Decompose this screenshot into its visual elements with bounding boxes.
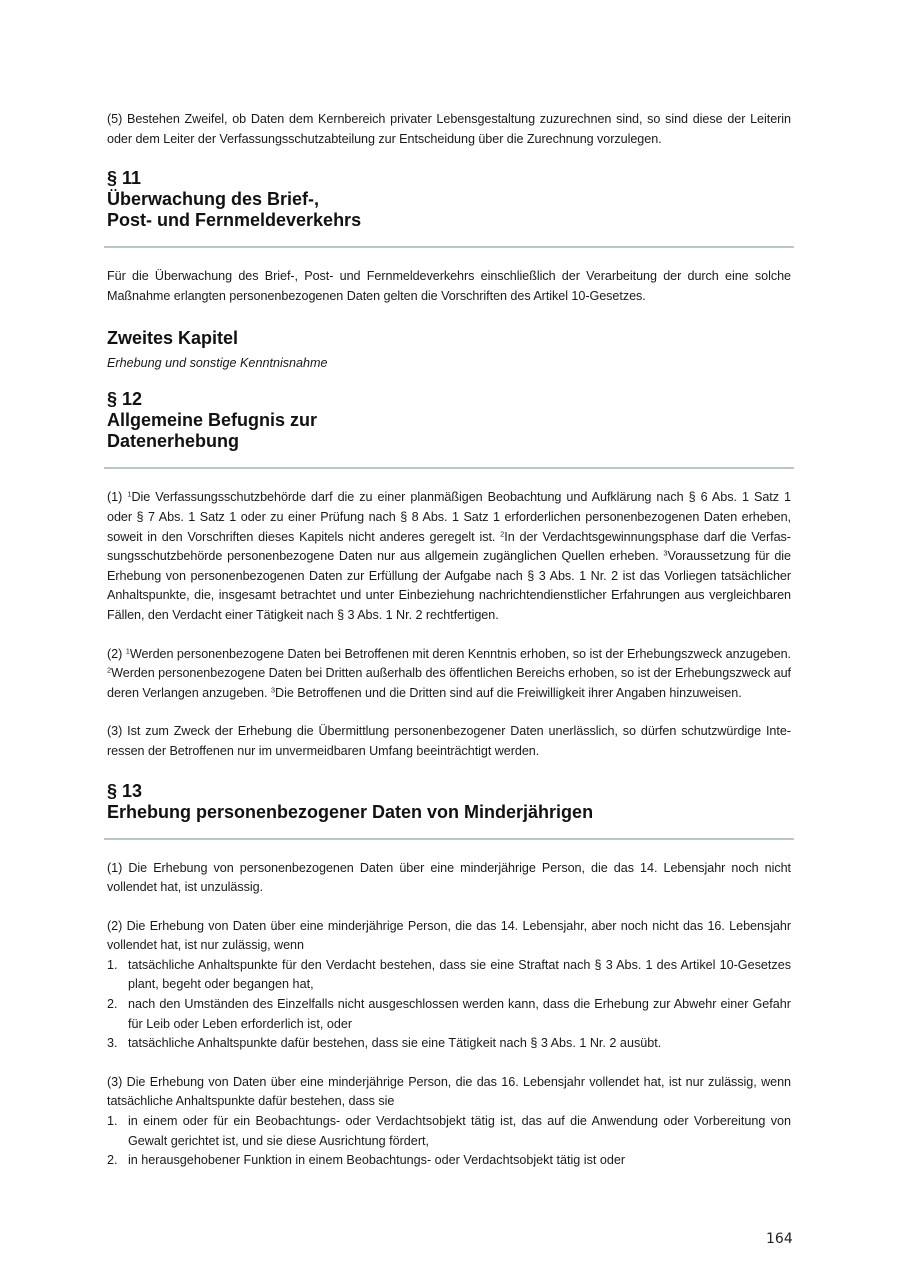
list-item: 2.in herausgehobener Funktion in einem B… [107, 1151, 791, 1171]
section-divider [104, 246, 794, 248]
para-13-1: (1) Die Erhebung von personenbezogenen D… [107, 859, 791, 898]
para-13-2: (2) Die Erhebung von Daten über eine min… [107, 917, 791, 956]
chapter-subtitle: Erhebung und sonstige Kenntnisnahme [107, 354, 791, 372]
section-heading: § 12Allgemeine Befugnis zurDatenerhebung [107, 389, 791, 452]
chapter-2-heading: Zweites KapitelErhebung und sonstige Ken… [107, 327, 791, 372]
section-divider [104, 467, 794, 469]
text-run: Für die Überwachung des Brief-, Post- un… [107, 269, 791, 303]
para-13-3: (3) Die Erhebung von Daten über eine min… [107, 1073, 791, 1112]
text-run: (2) Die Erhebung von Daten über eine min… [107, 919, 791, 953]
para-12-2: (2) 1Werden personenbezogene Daten bei B… [107, 645, 791, 704]
para-12-3: (3) Ist zum Zweck der Erhebung die Überm… [107, 722, 791, 761]
list-item: 2.nach den Umständen des Einzelfalls nic… [107, 995, 791, 1034]
list-number: 1. [107, 956, 118, 976]
text-run: (1) Die Erhebung von personenbezogenen D… [107, 861, 791, 895]
list-item-text: in einem oder für ein Beobachtungs- oder… [128, 1114, 791, 1148]
page-number: 164 [766, 1231, 793, 1247]
section-title-line: Post- und Fernmeldeverkehrs [107, 210, 791, 231]
list-item: 1.in einem oder für ein Beobachtungs- od… [107, 1112, 791, 1151]
list-item-text: tatsächliche Anhaltspunkte dafür bestehe… [128, 1036, 661, 1050]
document-page: (5) Bestehen Zweifel, ob Daten dem Kernb… [107, 110, 791, 1171]
section-title-line: Überwachung des Brief-, [107, 189, 791, 210]
list-number: 2. [107, 1151, 118, 1171]
list-number: 2. [107, 995, 118, 1015]
section-12-heading: § 12Allgemeine Befugnis zurDatenerhebung [107, 389, 791, 469]
para-13-3-list: 1.in einem oder für ein Beobachtungs- od… [107, 1112, 791, 1171]
list-item: 1.tatsächliche Anhaltspunkte für den Ver… [107, 956, 791, 995]
section-heading: § 11Überwachung des Brief-,Post- und Fer… [107, 168, 791, 231]
list-number: 3. [107, 1034, 118, 1054]
section-title-line: Allgemeine Befugnis zur [107, 410, 791, 431]
text-run: (3) Die Erhebung von Daten über eine min… [107, 1075, 791, 1109]
para-11: Für die Überwachung des Brief-, Post- un… [107, 267, 791, 306]
para-12-1: (1) 1Die Verfassungsschutzbehörde darf d… [107, 488, 791, 625]
list-item-text: in herausgehobener Funktion in einem Beo… [128, 1153, 625, 1167]
list-item-text: tatsächliche Anhaltspunkte für den Verda… [128, 958, 791, 992]
section-heading: § 13Erhebung personenbezogener Daten von… [107, 781, 791, 823]
section-divider [104, 838, 794, 840]
section-number: § 12 [107, 389, 791, 410]
chapter-title: Zweites Kapitel [107, 327, 791, 349]
text-run: (5) Bestehen Zweifel, ob Daten dem Kernb… [107, 112, 791, 146]
text-run: (2) [107, 647, 126, 661]
para-13-2-list: 1.tatsächliche Anhaltspunkte für den Ver… [107, 956, 791, 1054]
section-number: § 11 [107, 168, 791, 189]
list-item-text: nach den Umständen des Einzelfalls nicht… [128, 997, 791, 1031]
list-number: 1. [107, 1112, 118, 1132]
text-run: Werden personenbezogene Daten bei Betrof… [130, 647, 791, 661]
section-number: § 13 [107, 781, 791, 802]
text-run: Die Betroffenen und die Dritten sind auf… [275, 686, 742, 700]
section-11-heading: § 11Überwachung des Brief-,Post- und Fer… [107, 168, 791, 248]
para-10-5: (5) Bestehen Zweifel, ob Daten dem Kernb… [107, 110, 791, 149]
section-title-line: Erhebung personenbezogener Daten von Min… [107, 802, 791, 823]
list-item: 3.tatsächliche Anhaltspunkte dafür beste… [107, 1034, 791, 1054]
text-run: (3) Ist zum Zweck der Erhebung die Überm… [107, 724, 791, 758]
text-run: (1) [107, 490, 127, 504]
section-13-heading: § 13Erhebung personenbezogener Daten von… [107, 781, 791, 840]
section-title-line: Datenerhebung [107, 431, 791, 452]
